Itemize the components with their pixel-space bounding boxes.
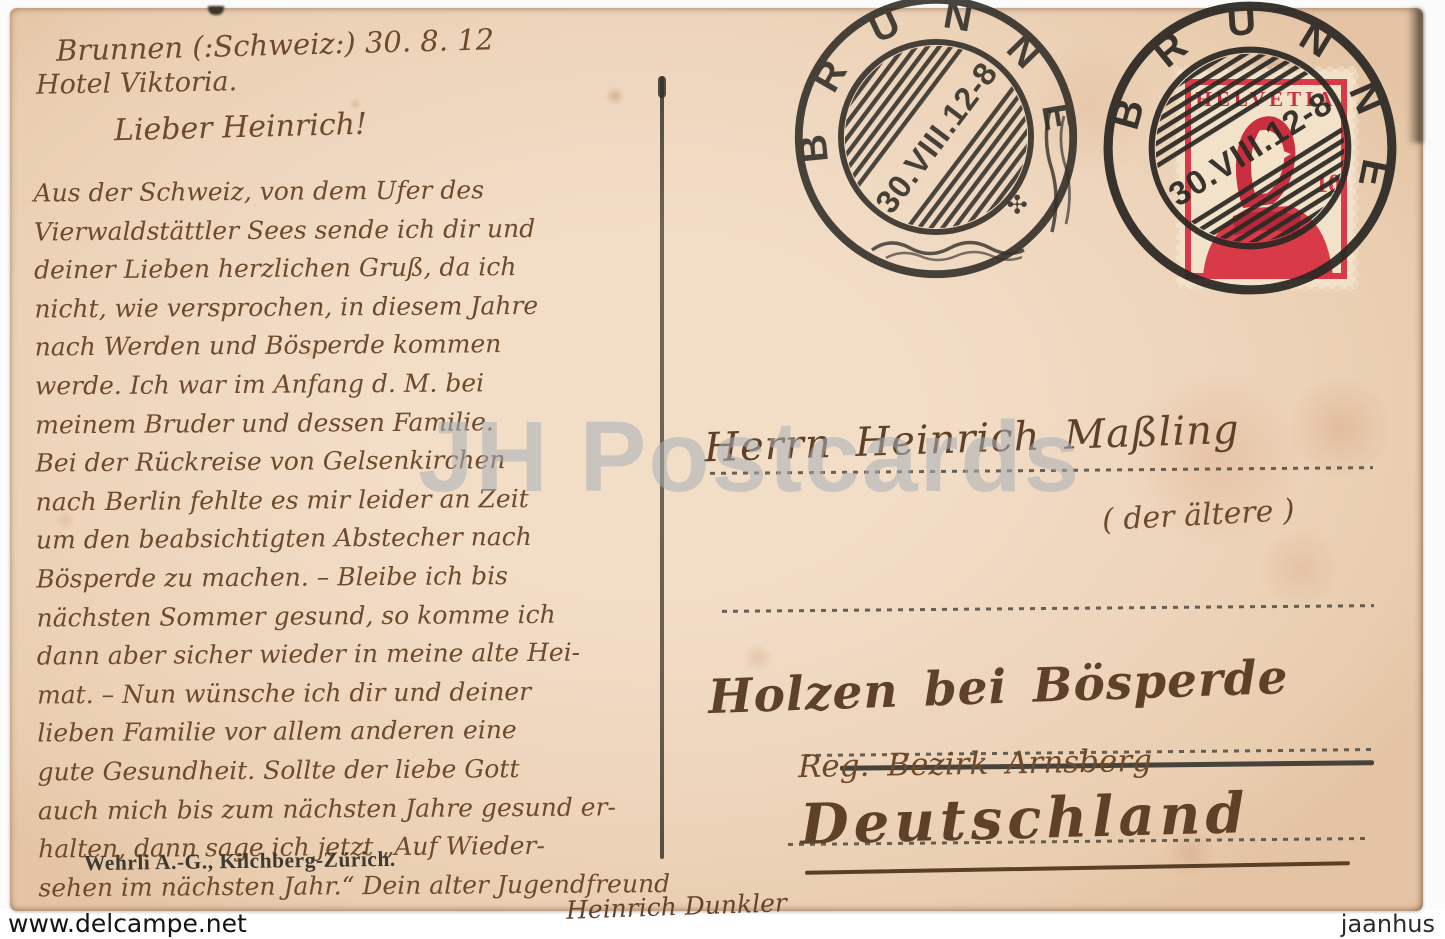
- message-line: nach Werden und Bösperde kommen: [35, 324, 735, 367]
- postmark-right: BRUNNEN 30.VIII.12-8: [1054, 0, 1445, 344]
- address-country: Deutschland: [799, 780, 1250, 858]
- scanned-postcard-page: www.delcampe.net jaanhus Brunnen (:Schwe…: [0, 0, 1445, 939]
- address-town: Holzen bei Bösperde: [707, 650, 1289, 725]
- seller-credit: jaanhus: [1341, 910, 1435, 938]
- address-dotted-line-2: [722, 604, 1374, 613]
- message-line: Aus der Schweiz, von dem Ufer des: [33, 170, 733, 213]
- flourish-bottom-icon: [868, 230, 1038, 264]
- message-line: lieben Familie vor allem anderen eine: [37, 710, 737, 753]
- address-note: ( der ältere ): [1101, 493, 1295, 538]
- message-line: gute Gesundheit. Sollte der liebe Gott: [37, 748, 737, 791]
- message-line: auch mich bis zum nächsten Jahre gesund …: [38, 787, 738, 830]
- flourish-right-icon: [1040, 106, 1076, 236]
- message-line: werde. Ich war im Anfang d. M. bei: [35, 363, 735, 406]
- address-name: Herrn Heinrich Maßling: [703, 407, 1240, 472]
- message-line: deiner Lieben herzlichen Gruß, da ich: [34, 247, 734, 290]
- message-line: mat. – Nun wünsche ich dir und deiner: [37, 671, 737, 714]
- message-line: nach Berlin fehlte es mir leider an Zeit: [36, 478, 736, 521]
- message-line: dann aber sicher wieder in meine alte He…: [37, 633, 737, 676]
- delcampe-credit: www.delcampe.net: [8, 909, 247, 938]
- hotel-line: Hotel Viktoria.: [36, 66, 238, 101]
- address-district: Reg. Bezirk Arnsberg: [798, 743, 1153, 785]
- message-line: meinem Bruder und dessen Familie.: [35, 401, 735, 444]
- message-line: Bei der Rückreise von Gelsenkirchen: [35, 440, 735, 483]
- dateline: Brunnen (:Schweiz:) 30. 8. 12: [56, 22, 495, 67]
- salutation: Lieber Heinrich!: [114, 107, 368, 149]
- message-line: nicht, wie versprochen, in diesem Jahre: [34, 285, 734, 328]
- postcard: Brunnen (:Schweiz:) 30. 8. 12 Hotel Vikt…: [10, 8, 1423, 911]
- publisher-imprint: Wehrli A.-G., Kilchberg-Zürich.: [84, 847, 396, 876]
- message-line: um den beabsichtigten Abstecher nach: [36, 517, 736, 560]
- postmark-star-icon: ✣: [1007, 190, 1028, 220]
- corner-chip: [208, 6, 224, 15]
- message-line: nächsten Sommer gesund, so komme ich: [36, 594, 736, 637]
- country-underline: [805, 861, 1350, 875]
- message-block: Aus der Schweiz, von dem Ufer desVierwal…: [33, 170, 738, 908]
- message-line: Bösperde zu machen. – Bleibe ich bis: [36, 555, 736, 598]
- message-line: Vierwaldstättler Sees sende ich dir und: [34, 208, 734, 251]
